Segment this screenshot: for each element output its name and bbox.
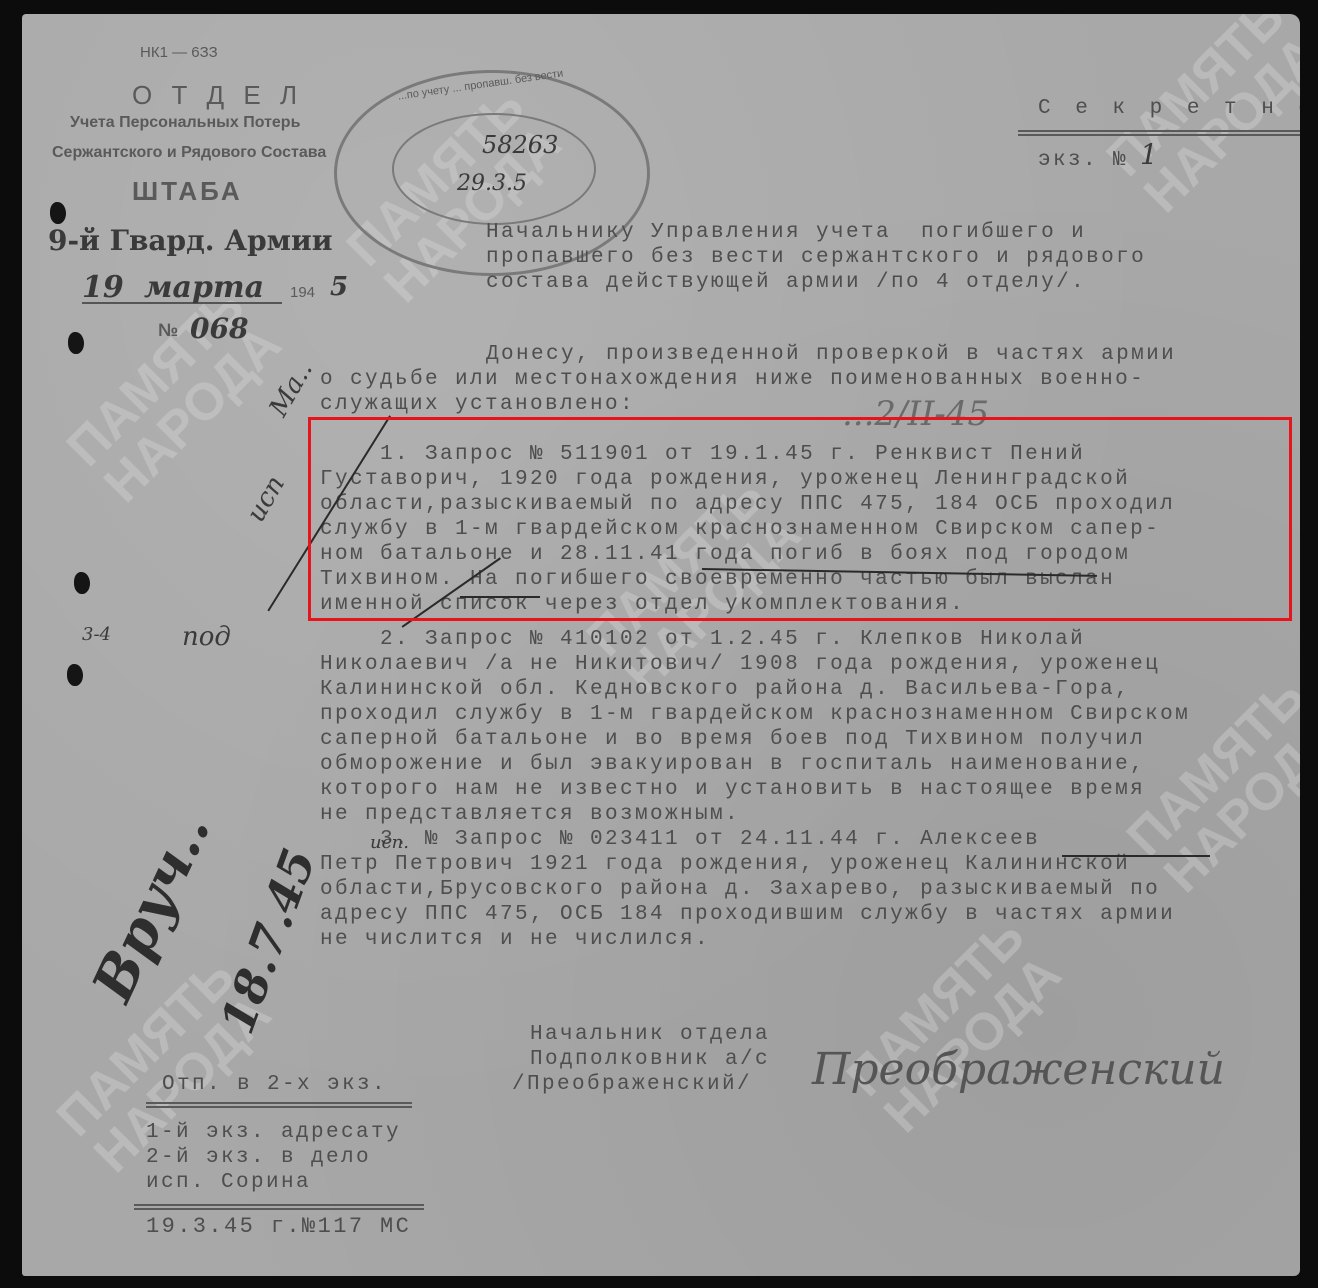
stamp-line3: ШТАБА (132, 176, 243, 207)
document-page: ПАМЯТЬНАРОДА ПАМЯТЬНАРОДА ПАМЯТЬНАРОДА П… (22, 14, 1300, 1276)
handwritten-note: ...2/II-45 (842, 394, 989, 434)
distribution-rule (146, 1102, 412, 1108)
punch-hole (67, 664, 83, 686)
entry-line: адресу ППС 475, ОСБ 184 проходившим служ… (320, 902, 1175, 927)
watermark: ПАМЯТЬНАРОДА (838, 910, 1070, 1142)
distribution-title: Отп. в 2-х экз. (162, 1072, 387, 1097)
distribution-footer: 19.3.45 г.№117 МС (146, 1214, 411, 1239)
stamp-line4: 9-й Гвард. Армии (48, 224, 333, 257)
entry-line: которого нам не известно и установить в … (320, 777, 1145, 802)
entry-line: области,разыскиваемый по адресу ППС 475,… (320, 492, 1175, 517)
received-stamp-arc-text: ...по учету ... пропавш. без вести (397, 67, 564, 102)
addressee-line: пропавшего без вести сержантского и рядо… (486, 245, 1146, 270)
stamp-number: 068 (190, 312, 248, 345)
received-stamp-date: 29.3.5 (457, 171, 527, 196)
entry-line: именной список через отдел укомплектован… (320, 592, 965, 617)
watermark: ПАМЯТЬНАРОДА (58, 280, 290, 512)
intro-line: служащих установлено: (320, 392, 635, 417)
distribution-line: 1-й экз. адресату (146, 1120, 401, 1145)
copy-label: экз. № (1038, 148, 1128, 173)
stamp-title: О Т Д Е Л (132, 80, 303, 111)
handwritten-note: под (182, 622, 231, 652)
distribution-line: 2-й экз. в дело (146, 1145, 371, 1170)
stamp-date-day: 19 (82, 270, 124, 305)
classification-rule (1018, 130, 1300, 136)
ink-underline (1062, 855, 1210, 857)
received-stamp-inner (392, 113, 596, 225)
signatory-rank: Подполковник а/с (530, 1047, 770, 1072)
stamp-date-month: марта (144, 270, 264, 305)
signatory-title: Начальник отдела (530, 1022, 770, 1047)
stamp-code: НК1 — 6ЗЗ (140, 44, 218, 61)
copy-number: 1 (1140, 138, 1158, 171)
punch-hole (74, 572, 90, 594)
entry-line: 1. Запрос № 511901 от 19.1.45 г. Ренквис… (320, 442, 1085, 467)
stamp-number-label: № (158, 320, 178, 341)
entry-line: 3. № Запрос № 023411 от 24.11.44 г. Алек… (320, 827, 1040, 852)
entry-line: Тихвином. На погибшего своевременно част… (320, 567, 1115, 592)
entry-line: области,Брусовского района д. Захарево, … (320, 877, 1160, 902)
stamp-date-year-suffix: 5 (330, 272, 348, 302)
entry-line: службу в 1-м гвардейском краснознаменном… (320, 517, 1160, 542)
entry-line: Густаворич, 1920 года рождения, уроженец… (320, 467, 1130, 492)
distribution-rule (134, 1204, 424, 1210)
handwritten-note: исп (241, 471, 291, 528)
entry-line: Николаевич /а не Никитович/ 1908 года ро… (320, 652, 1160, 677)
punch-hole (68, 332, 84, 354)
entry-line: Петр Петрович 1921 года рождения, урожен… (320, 852, 1130, 877)
entry-line: обморожение и был эвакуирован в госпитал… (320, 752, 1145, 777)
handwritten-note: 18.7.45 (210, 842, 326, 1041)
classification-label: С е к р е т н о (1038, 96, 1300, 121)
entry-line: 2. Запрос № 410102 от 1.2.45 г. Клепков … (320, 627, 1085, 652)
entry-line: саперной батальоне и во время боев под Т… (320, 727, 1145, 752)
entry-line: не числится и не числился. (320, 927, 710, 952)
stamp-line1: Учета Персональных Потерь (70, 114, 300, 132)
entry-line: не представляется возможным. (320, 802, 740, 827)
handwritten-note: исп. (370, 832, 409, 853)
stamp-line2: Сержантского и Рядового Состава (52, 144, 326, 162)
signatory-name: /Преображенский/ (512, 1072, 752, 1097)
intro-line: о судьбе или местонахождения ниже поимен… (320, 367, 1145, 392)
distribution-line: исп. Сорина (146, 1170, 311, 1195)
addressee-line: состава действующей армии /по 4 отделу/. (486, 270, 1086, 295)
entry-line: Калининской обл. Кедновского района д. В… (320, 677, 1130, 702)
received-stamp-number: 58263 (482, 131, 558, 159)
entry-line: проходил службу в 1-м гвардейском красно… (320, 702, 1190, 727)
entry-line: ном батальоне и 28.11.41 года погиб в бо… (320, 542, 1130, 567)
handwritten-note: 3-4 (82, 624, 111, 645)
addressee-line: Начальнику Управления учета погибшего и (486, 220, 1086, 245)
ink-underline (460, 596, 540, 598)
intro-line: Донесу, произведенной проверкой в частях… (486, 342, 1176, 367)
handwritten-signature: Преображенский (812, 1044, 1225, 1095)
stamp-date-year-prefix: 194 (290, 284, 315, 301)
punch-hole (50, 202, 66, 224)
